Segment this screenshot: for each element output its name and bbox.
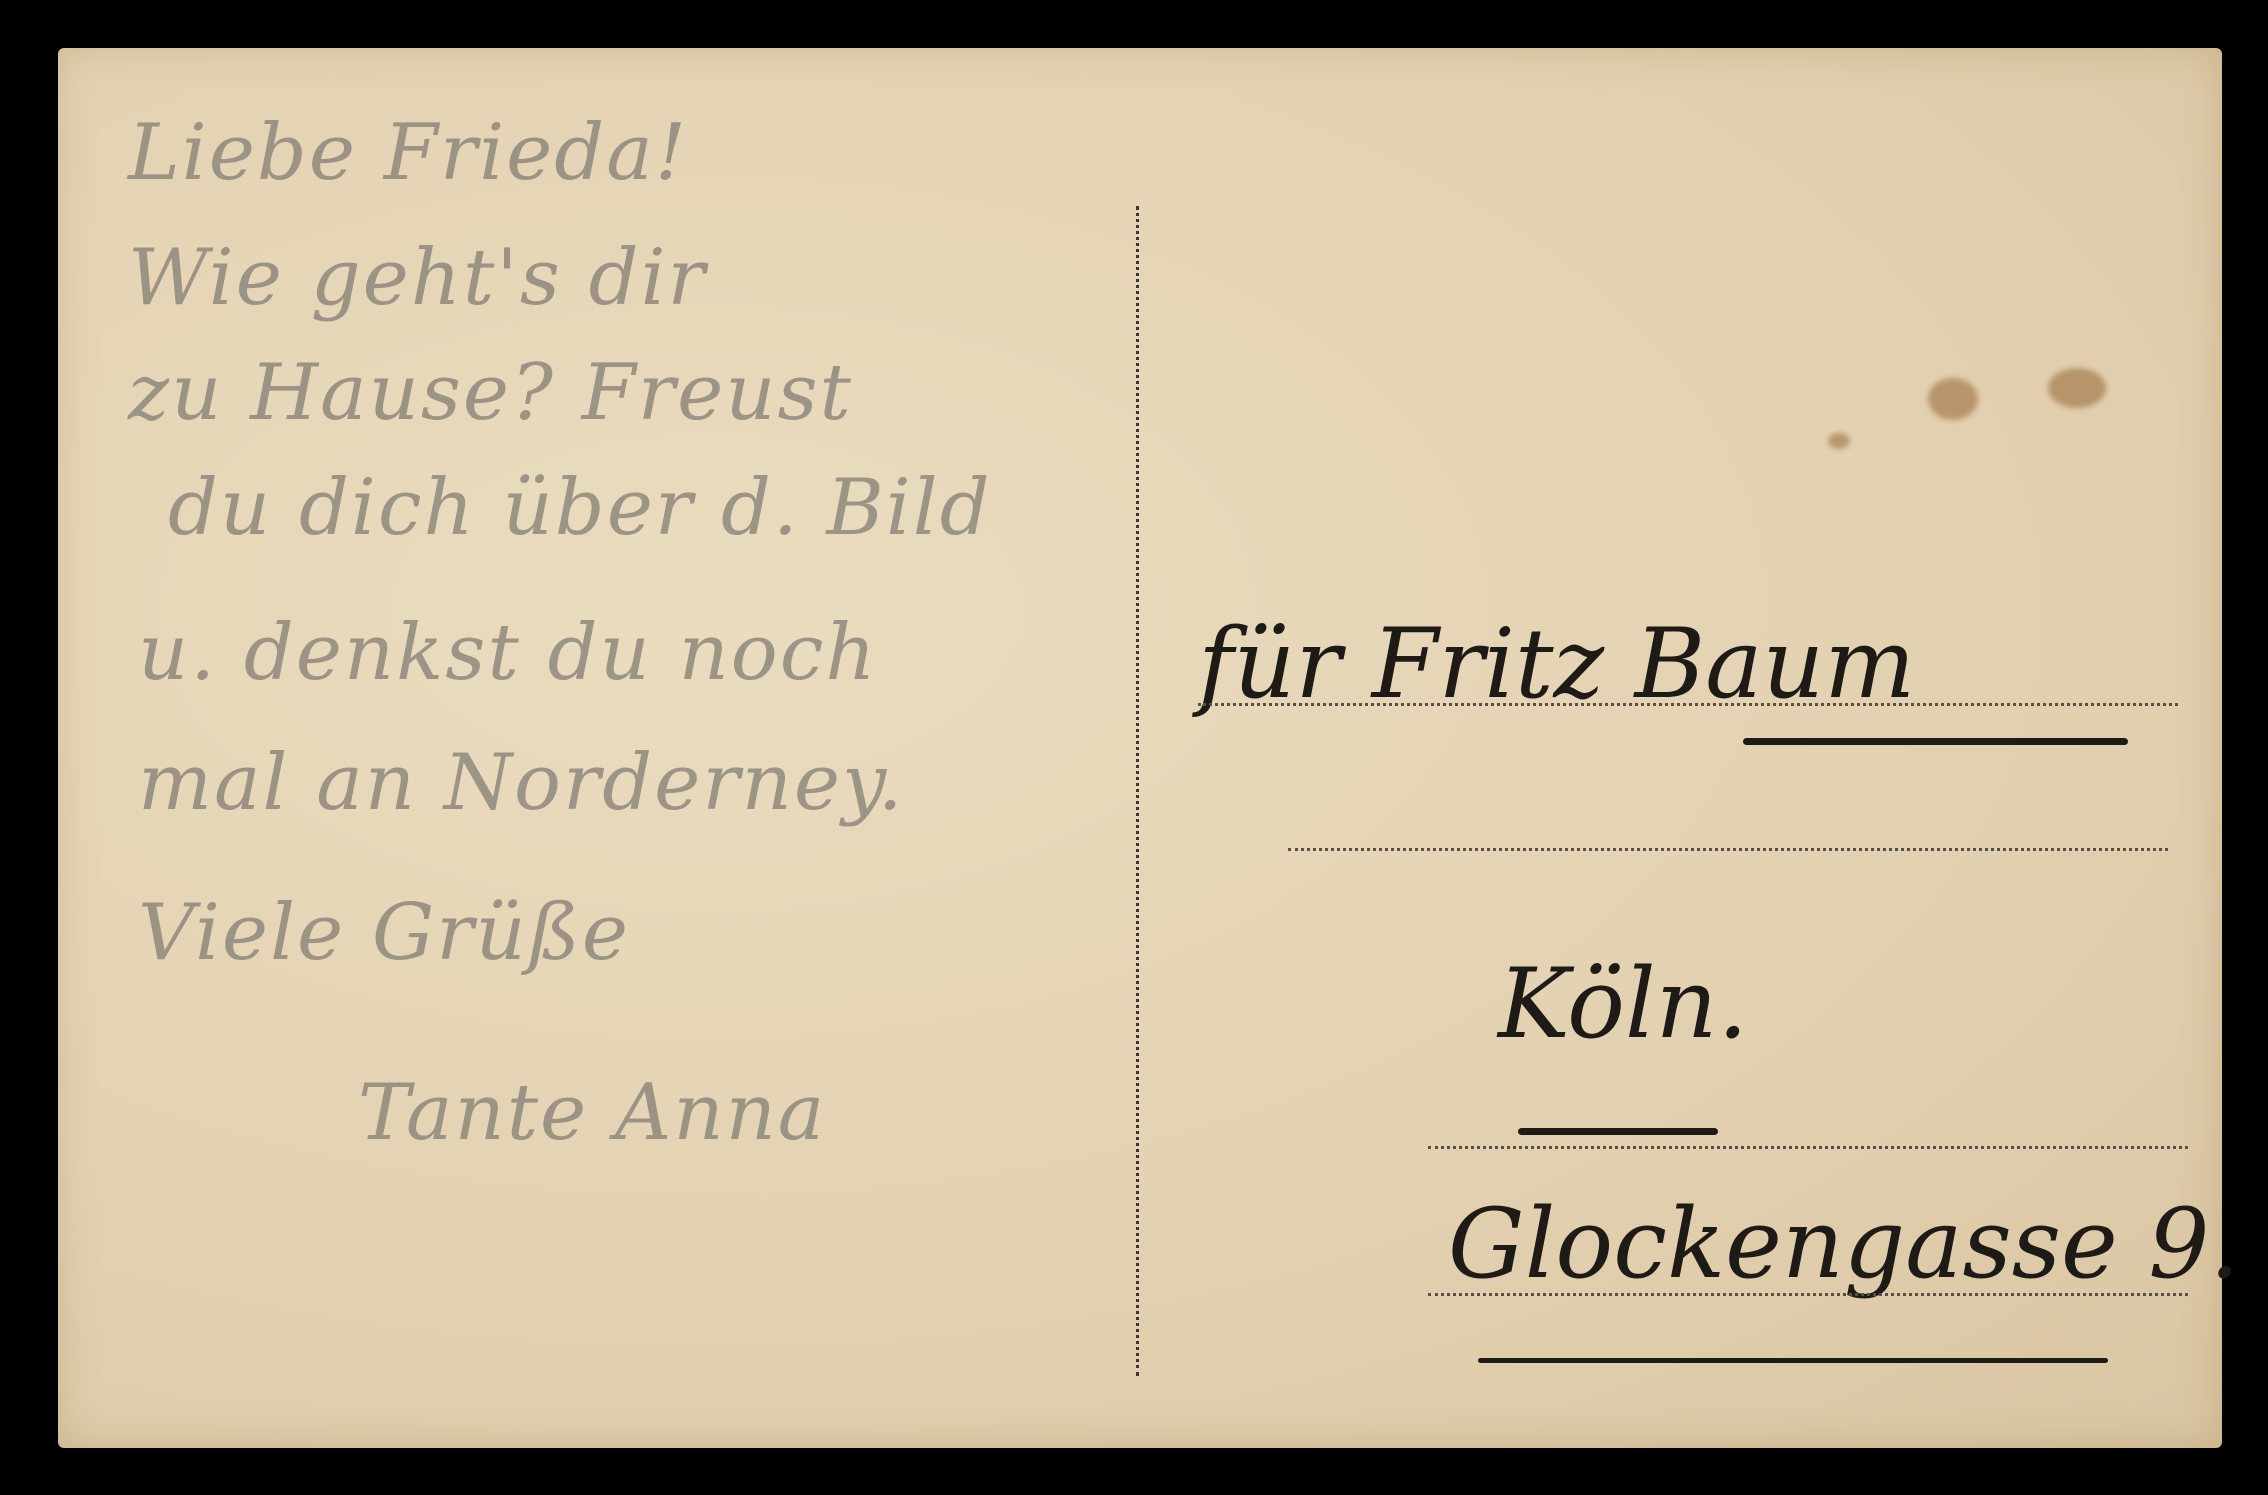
message-line: zu Hause? Freust xyxy=(128,348,853,438)
city: Köln. xyxy=(1498,948,1748,1060)
postcard: Liebe Frieda! Wie geht's dir zu Hause? F… xyxy=(58,48,2222,1448)
street: Glockengasse 9. xyxy=(1448,1188,2240,1300)
message-line: mal an Norderney. xyxy=(138,738,905,828)
stain xyxy=(1828,433,1850,449)
street-underline xyxy=(1478,1358,2108,1363)
message-line: u. denkst du noch xyxy=(138,608,878,698)
name-underline xyxy=(1743,738,2128,745)
message-line: Wie geht's dir xyxy=(128,233,707,323)
address-line-dots xyxy=(1428,1293,2188,1296)
address-line-dots xyxy=(1288,848,2168,851)
center-divider xyxy=(1136,206,1139,1376)
city-underline xyxy=(1518,1128,1718,1135)
address-line-dots xyxy=(1198,703,2178,706)
stain xyxy=(2048,368,2106,408)
message-line: Viele Grüße xyxy=(138,888,630,978)
message-line: du dich über d. Bild xyxy=(168,463,992,553)
signature: Tante Anna xyxy=(358,1068,826,1158)
message-line: Liebe Frieda! xyxy=(128,108,688,198)
address-line-dots xyxy=(1428,1146,2188,1149)
stain xyxy=(1928,378,1978,420)
